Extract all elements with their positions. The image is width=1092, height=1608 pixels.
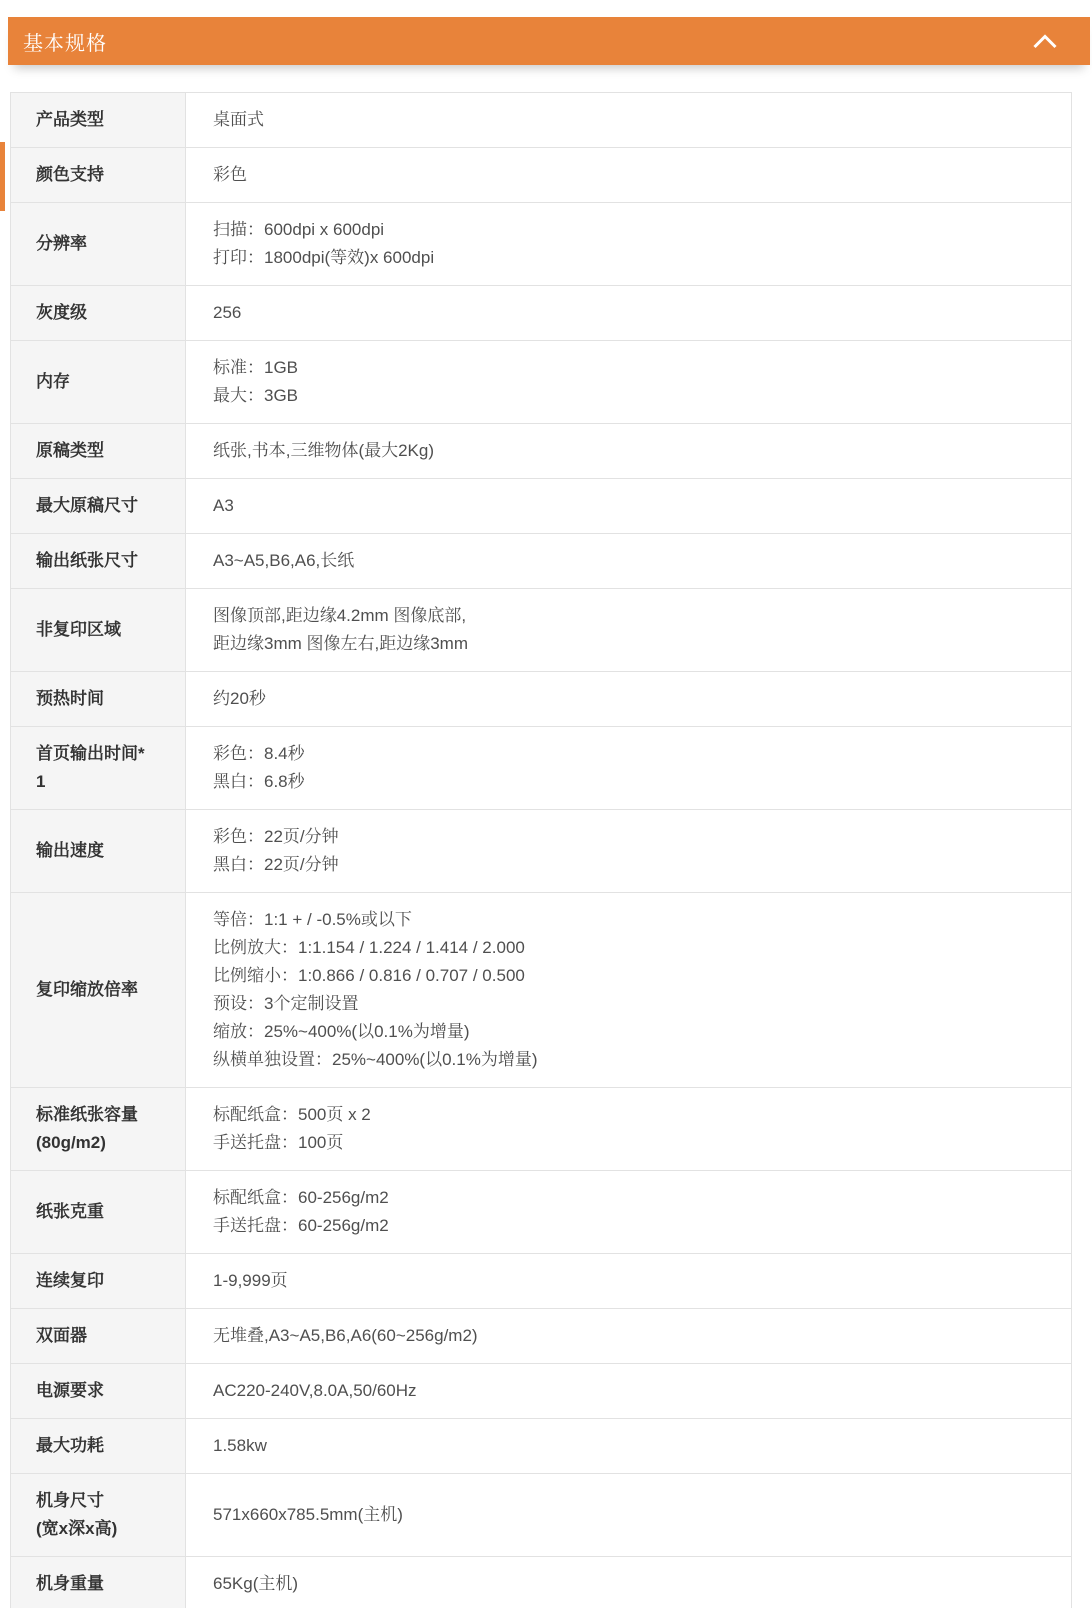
table-row: 非复印区域 图像顶部,距边缘4.2mm 图像底部, 距边缘3mm 图像左右,距边… [11,588,1071,671]
spec-value: 标配纸盒：60-256g/m2 手送托盘：60-256g/m2 [186,1171,1071,1253]
table-row: 双面器 无堆叠,A3~A5,B6,A6(60~256g/m2) [11,1308,1071,1363]
spec-value: A3 [186,479,1071,533]
spec-value: 1.58kw [186,1419,1071,1473]
table-row: 最大功耗 1.58kw [11,1418,1071,1473]
spec-label: 产品类型 [11,93,186,147]
spec-value: 彩色 [186,148,1071,202]
table-row: 灰度级 256 [11,285,1071,340]
spec-label: 输出纸张尺寸 [11,534,186,588]
spec-label: 连续复印 [11,1254,186,1308]
spec-value: 约20秒 [186,672,1071,726]
spec-value: 纸张,书本,三维物体(最大2Kg) [186,424,1071,478]
product-spec-page: 基本规格 产品类型 桌面式 颜色支持 彩色 分辨率 扫描：600dpi x 60… [0,0,1092,1608]
spec-value: 等倍：1:1 + / -0.5%或以下 比例放大：1:1.154 / 1.224… [186,893,1071,1087]
table-row: 标准纸张容量 (80g/m2) 标配纸盒：500页 x 2 手送托盘：100页 [11,1087,1071,1170]
spec-label: 复印缩放倍率 [11,893,186,1087]
table-row: 输出速度 彩色：22页/分钟 黑白：22页/分钟 [11,809,1071,892]
spec-value: 标准：1GB 最大：3GB [186,341,1071,423]
spec-value: 无堆叠,A3~A5,B6,A6(60~256g/m2) [186,1309,1071,1363]
spec-value: 彩色：8.4秒 黑白：6.8秒 [186,727,1071,809]
spec-value: 571x660x785.5mm(主机) [186,1474,1071,1556]
spec-value: 彩色：22页/分钟 黑白：22页/分钟 [186,810,1071,892]
table-row: 最大原稿尺寸 A3 [11,478,1071,533]
table-row: 原稿类型 纸张,书本,三维物体(最大2Kg) [11,423,1071,478]
spec-label: 灰度级 [11,286,186,340]
spec-label: 机身重量 [11,1557,186,1608]
spec-label: 颜色支持 [11,148,186,202]
table-row: 复印缩放倍率 等倍：1:1 + / -0.5%或以下 比例放大：1:1.154 … [11,892,1071,1087]
table-row: 分辨率 扫描：600dpi x 600dpi 打印：1800dpi(等效)x 6… [11,202,1071,285]
spec-label: 分辨率 [11,203,186,285]
table-row: 颜色支持 彩色 [11,147,1071,202]
spec-value: 65Kg(主机) [186,1557,1071,1608]
spec-value: 标配纸盒：500页 x 2 手送托盘：100页 [186,1088,1071,1170]
table-row: 首页输出时间* 1 彩色：8.4秒 黑白：6.8秒 [11,726,1071,809]
left-scroll-indicator [0,142,5,211]
spec-label: 非复印区域 [11,589,186,671]
spec-value: 256 [186,286,1071,340]
spec-label: 输出速度 [11,810,186,892]
section-title: 基本规格 [23,27,107,56]
spec-label: 首页输出时间* 1 [11,727,186,809]
spec-value: 扫描：600dpi x 600dpi 打印：1800dpi(等效)x 600dp… [186,203,1071,285]
spec-label: 内存 [11,341,186,423]
chevron-up-icon[interactable] [1032,33,1058,50]
spec-value: 桌面式 [186,93,1071,147]
spec-value: 1-9,999页 [186,1254,1071,1308]
table-row: 机身重量 65Kg(主机) [11,1556,1071,1608]
table-row: 产品类型 桌面式 [11,93,1071,147]
spec-value: A3~A5,B6,A6,长纸 [186,534,1071,588]
spec-label: 原稿类型 [11,424,186,478]
table-row: 输出纸张尺寸 A3~A5,B6,A6,长纸 [11,533,1071,588]
spec-label: 标准纸张容量 (80g/m2) [11,1088,186,1170]
spec-label: 纸张克重 [11,1171,186,1253]
spec-label: 双面器 [11,1309,186,1363]
table-row: 预热时间 约20秒 [11,671,1071,726]
spec-label: 最大功耗 [11,1419,186,1473]
spec-value: AC220-240V,8.0A,50/60Hz [186,1364,1071,1418]
table-row: 纸张克重 标配纸盒：60-256g/m2 手送托盘：60-256g/m2 [11,1170,1071,1253]
spec-value: 图像顶部,距边缘4.2mm 图像底部, 距边缘3mm 图像左右,距边缘3mm [186,589,1071,671]
spec-label: 电源要求 [11,1364,186,1418]
spec-table: 产品类型 桌面式 颜色支持 彩色 分辨率 扫描：600dpi x 600dpi … [10,92,1072,1608]
table-row: 机身尺寸 (宽x深x高) 571x660x785.5mm(主机) [11,1473,1071,1556]
table-row: 连续复印 1-9,999页 [11,1253,1071,1308]
section-header-basic-specs[interactable]: 基本规格 [8,17,1090,65]
spec-label: 机身尺寸 (宽x深x高) [11,1474,186,1556]
spec-label: 预热时间 [11,672,186,726]
table-row: 电源要求 AC220-240V,8.0A,50/60Hz [11,1363,1071,1418]
table-row: 内存 标准：1GB 最大：3GB [11,340,1071,423]
spec-label: 最大原稿尺寸 [11,479,186,533]
